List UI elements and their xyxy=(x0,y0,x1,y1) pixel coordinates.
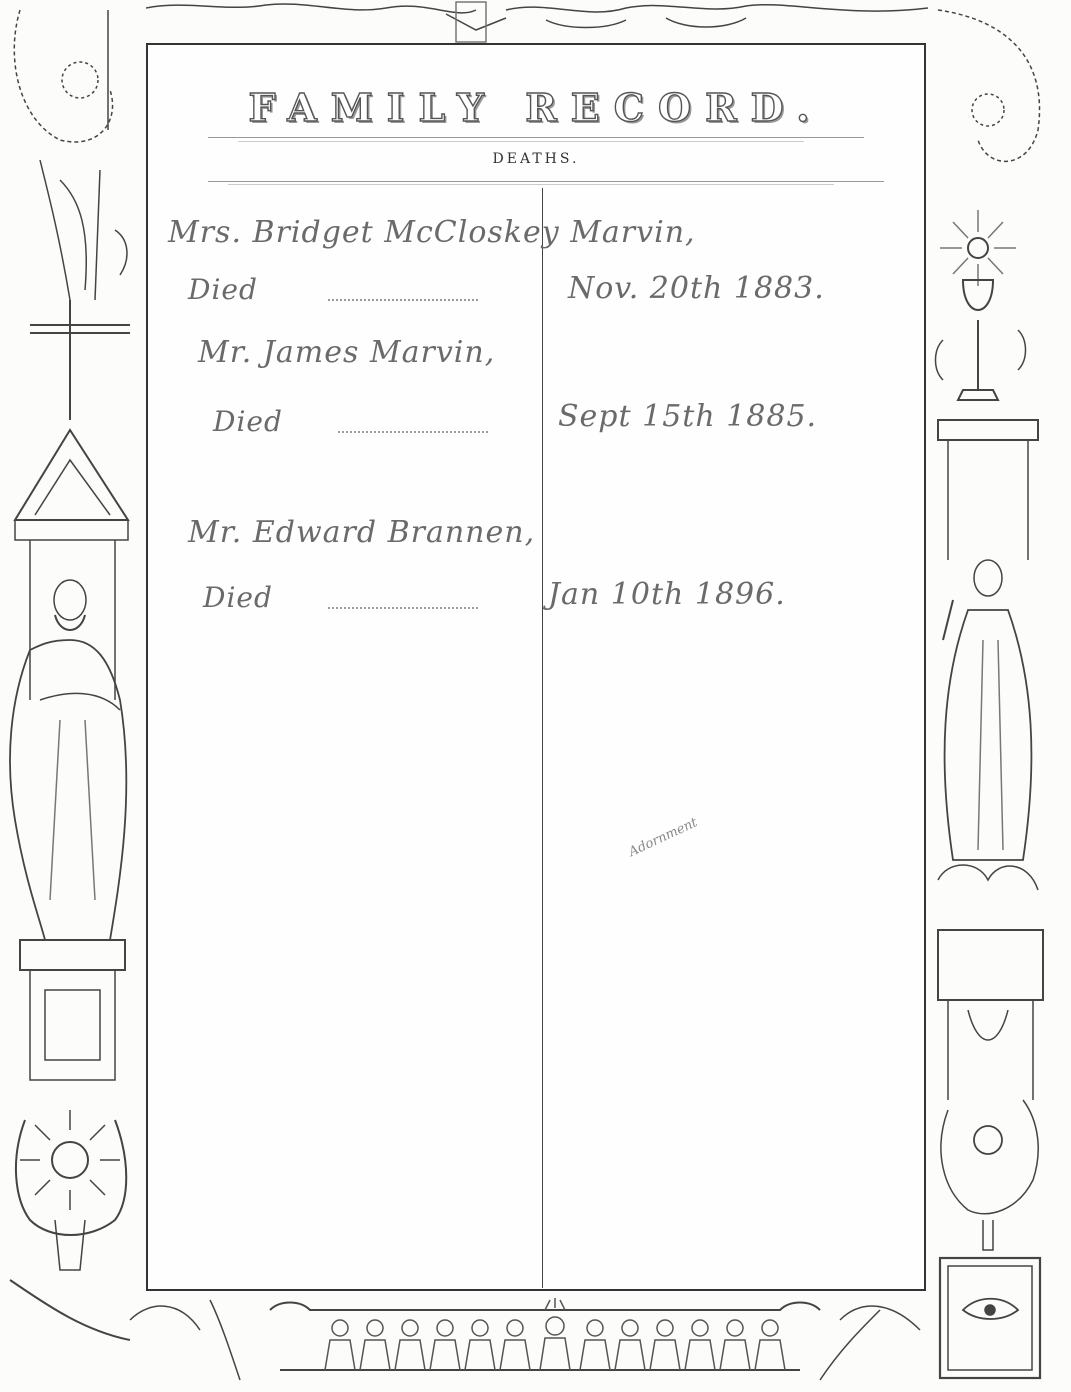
ihs-sunburst-icon xyxy=(16,1110,126,1270)
right-ornamental-border xyxy=(928,0,1071,1392)
pedestal-column-icon xyxy=(938,420,1038,560)
top-ornamental-border xyxy=(146,0,928,44)
last-supper-scene xyxy=(120,1290,950,1392)
gothic-canopy-icon xyxy=(15,430,128,700)
scroll-ornament-icon xyxy=(938,10,1040,161)
christ-figure-icon xyxy=(943,560,1031,860)
ihs-sunburst-icon xyxy=(941,1100,1038,1250)
marginal-note: Adornment xyxy=(627,815,700,860)
died-label: Died xyxy=(213,405,283,438)
dotted-leader xyxy=(328,607,478,609)
deceased-name: Mr. James Marvin, xyxy=(198,335,495,370)
section-rule-secondary xyxy=(228,184,834,185)
scroll-ornament-icon xyxy=(14,10,112,142)
death-date: Jan 10th 1896. xyxy=(548,577,786,612)
dotted-leader xyxy=(328,299,478,301)
title-rule xyxy=(208,137,864,138)
clouds-icon xyxy=(938,865,1038,890)
deceased-name: Mrs. Bridget McCloskey Marvin, xyxy=(168,215,696,250)
left-ornamental-border xyxy=(0,0,146,1392)
title-rule-secondary xyxy=(238,141,804,142)
died-label: Died xyxy=(203,581,273,614)
saint-peter-figure-icon xyxy=(10,580,126,940)
monstrance-ihs-icon xyxy=(940,210,1016,286)
dotted-leader xyxy=(338,431,488,433)
lily-icon xyxy=(40,160,127,300)
pedestal-icon xyxy=(20,940,125,1080)
all-seeing-eye-icon xyxy=(940,1258,1040,1378)
section-heading: DEATHS. xyxy=(148,151,924,167)
column-capital-icon xyxy=(938,930,1043,1100)
death-date: Nov. 20th 1883. xyxy=(568,271,825,306)
section-rule xyxy=(208,181,884,182)
cross-icon xyxy=(30,300,130,420)
deceased-name: Mr. Edward Brannen, xyxy=(188,515,535,550)
record-frame: FAMILY RECORD. DEATHS. Mrs. Bridget McCl… xyxy=(146,43,926,1291)
record-title: FAMILY RECORD. xyxy=(148,85,924,130)
column-divider xyxy=(542,188,543,1288)
died-label: Died xyxy=(188,273,258,306)
chalice-icon xyxy=(936,280,1026,400)
death-date: Sept 15th 1885. xyxy=(558,399,817,434)
family-record-certificate: FAMILY RECORD. DEATHS. Mrs. Bridget McCl… xyxy=(0,0,1071,1392)
